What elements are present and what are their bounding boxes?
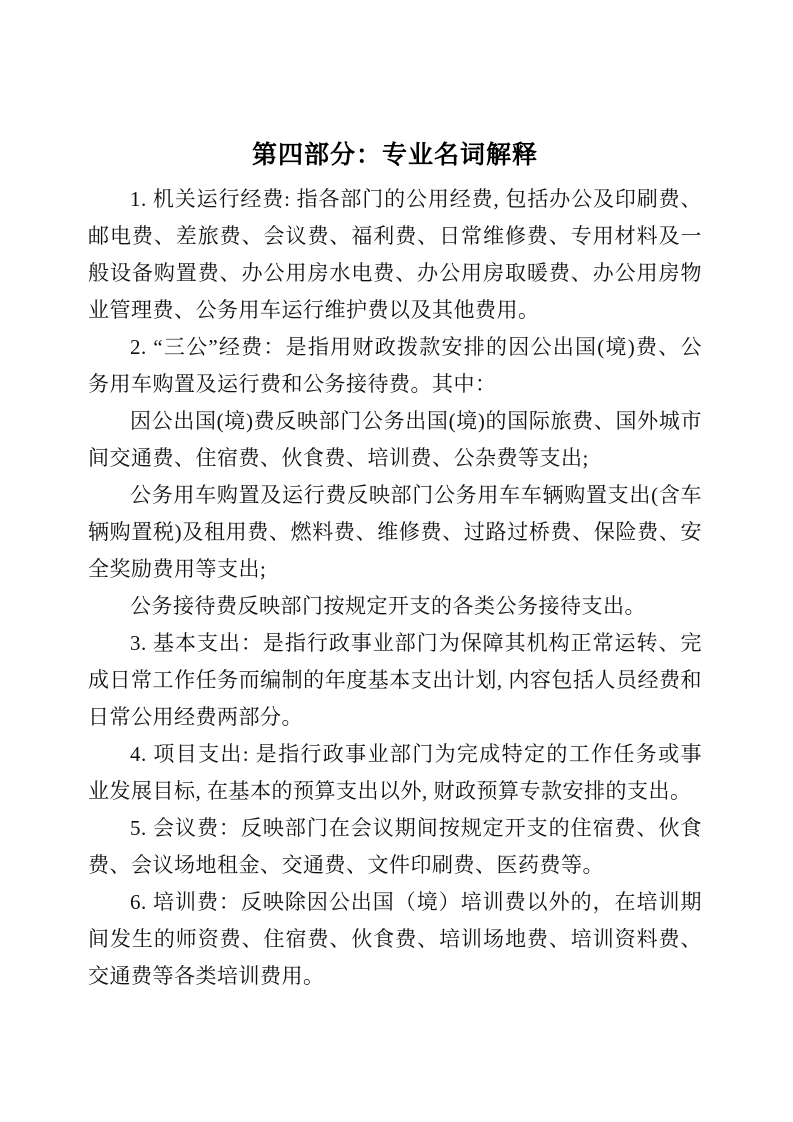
paragraph-glossary-2-sub-1: 因公出国(境)费反映部门公务出国(境)的国际旅费、国外城市间交通费、住宿费、伙食… [88,403,702,477]
page-title: 第四部分：专业名词解释 [88,138,702,172]
paragraph-glossary-6: 6. 培训费：反映除因公出国（境）培训费以外的，在培训期间发生的师资费、住宿费、… [88,884,702,995]
paragraph-glossary-2: 2. “三公”经费：是指用财政拨款安排的因公出国(境)费、公务用车购置及运行费和… [88,329,702,403]
document-page: 第四部分：专业名词解释 1. 机关运行经费: 指各部门的公用经费, 包括办公及印… [0,0,793,1122]
paragraph-glossary-4: 4. 项目支出: 是指行政事业部门为完成特定的工作任务或事业发展目标, 在基本的… [88,736,702,810]
paragraph-glossary-1: 1. 机关运行经费: 指各部门的公用经费, 包括办公及印刷费、邮电费、差旅费、会… [88,181,702,329]
paragraph-glossary-2-sub-3: 公务接待费反映部门按规定开支的各类公务接待支出。 [88,588,702,625]
document-content: 第四部分：专业名词解释 1. 机关运行经费: 指各部门的公用经费, 包括办公及印… [88,138,702,995]
paragraph-glossary-2-sub-2: 公务用车购置及运行费反映部门公务用车车辆购置支出(含车辆购置税)及租用费、燃料费… [88,477,702,588]
paragraph-glossary-5: 5. 会议费：反映部门在会议期间按规定开支的住宿费、伙食费、会议场地租金、交通费… [88,810,702,884]
paragraph-glossary-3: 3. 基本支出：是指行政事业部门为保障其机构正常运转、完成日常工作任务而编制的年… [88,625,702,736]
